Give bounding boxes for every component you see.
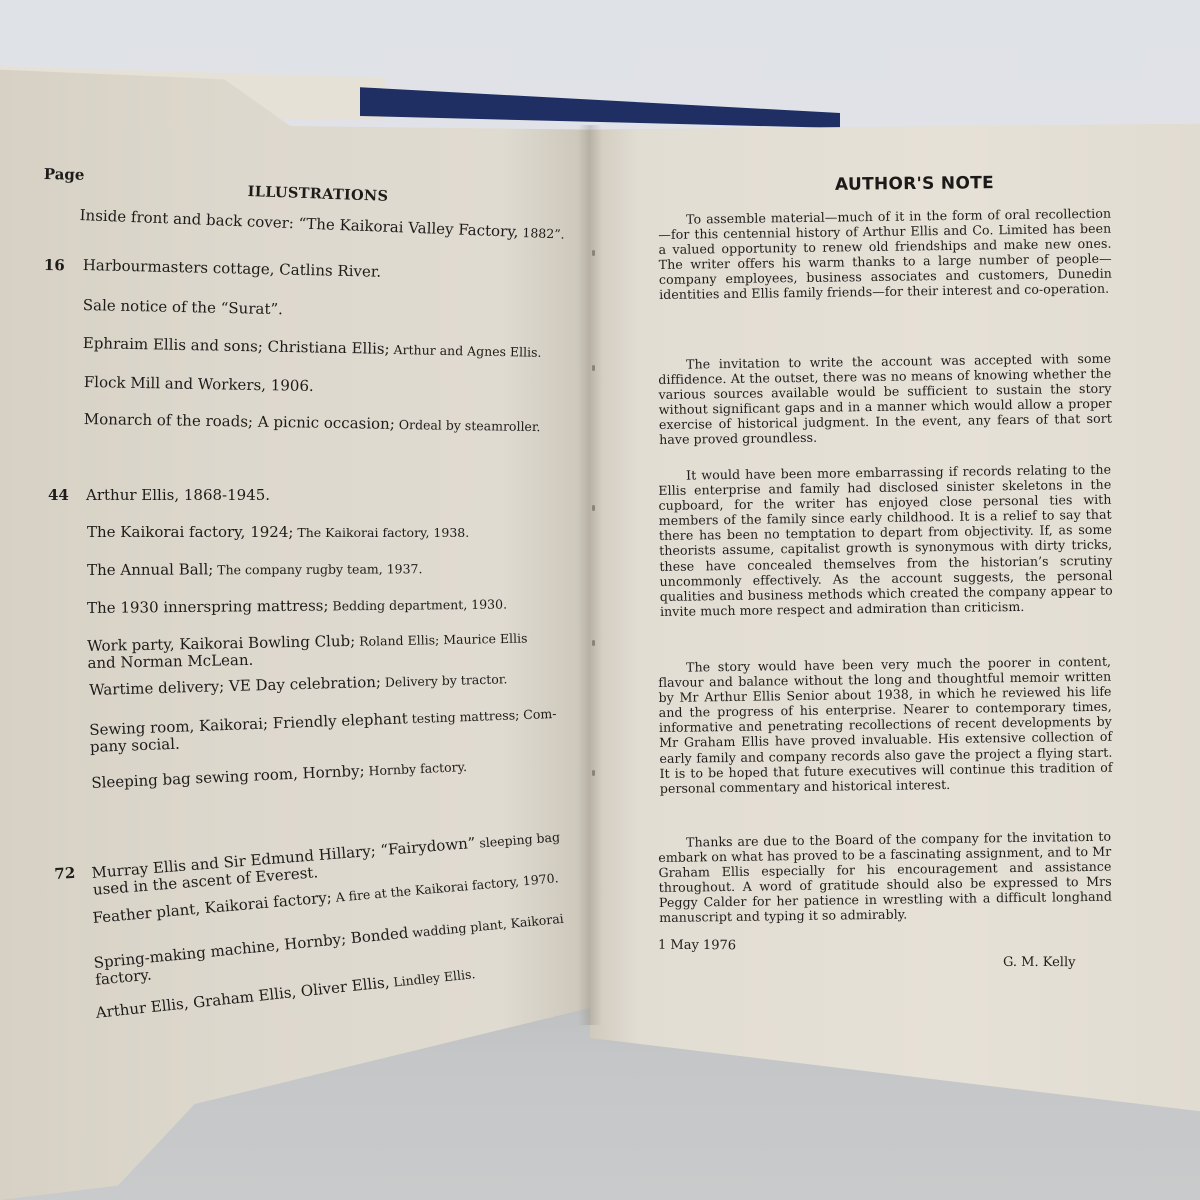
binding-stitch (592, 505, 595, 511)
illustrations-heading: ILLUSTRATIONS (247, 183, 388, 205)
author-signature: G. M. Kelly (1003, 955, 1076, 970)
illustration-entry: Sleeping bag sewing room, Hornby; Hornby… (91, 758, 467, 792)
illustration-entry: Work party, Kaikorai Bowling Club; Rolan… (87, 630, 528, 672)
binding-stitch (592, 640, 595, 646)
illustration-entry: The 1930 innerspring mattress; Bedding d… (87, 596, 507, 617)
binding-stitch (592, 250, 595, 256)
paragraph: It would have been more embarrassing if … (658, 462, 1113, 619)
page-number: 16 (44, 257, 65, 274)
illustration-entry: Flock Mill and Workers, 1906. (84, 374, 314, 395)
illustration-entry: Harbourmasters cottage, Catlins River. (83, 257, 382, 281)
authors-note-heading: AUTHOR'S NOTE (835, 173, 994, 195)
illustration-entry: Wartime delivery; VE Day celebration; De… (89, 670, 508, 699)
paragraph: The invitation to write the account was … (658, 351, 1112, 448)
paragraph: Thanks are due to the Board of the compa… (658, 829, 1112, 926)
illustration-entry: The Kaikorai factory, 1924; The Kaikorai… (87, 524, 469, 541)
cover-note: Inside front and back cover: “The Kaikor… (79, 207, 565, 243)
illustration-entry: Sale notice of the “Surat”. (83, 297, 283, 318)
illustration-entry: The Annual Ball; The company rugby team,… (87, 560, 423, 579)
paragraph: The story would have been very much the … (658, 654, 1113, 796)
illustration-entry: Spring-making machine, Hornby; Bonded wa… (93, 910, 566, 989)
page-number: 72 (54, 865, 76, 883)
page-number: 44 (48, 487, 69, 504)
binding-stitch (592, 770, 595, 776)
illustrations-list: Page ILLUSTRATIONS Inside front and back… (0, 0, 590, 1200)
note-date: 1 May 1976 (658, 938, 736, 954)
illustration-entry: Monarch of the roads; A picnic occasion;… (84, 411, 541, 435)
illustration-entry: Sewing room, Kaikorai; Friendly elephant… (89, 705, 557, 756)
binding-stitch (592, 365, 595, 371)
page-column-label: Page (44, 165, 85, 184)
paragraph: To assemble material—much of it in the f… (658, 206, 1112, 303)
illustration-entry: Ephraim Ellis and sons; Christiana Ellis… (83, 335, 542, 361)
illustration-entry: Arthur Ellis, 1868-1945. (86, 487, 270, 504)
